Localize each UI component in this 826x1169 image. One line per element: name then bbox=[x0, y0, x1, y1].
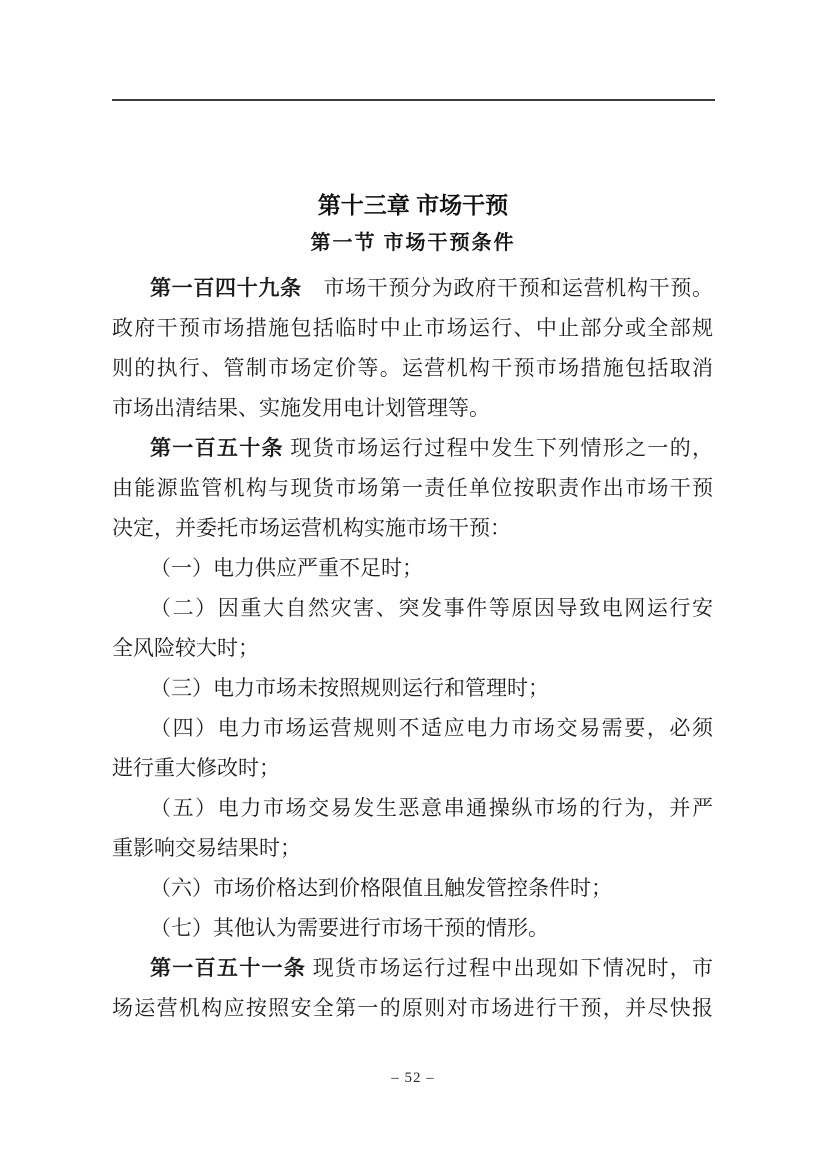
text-line: 第一百四十九条 市场干预分为政府干预和运营机构干预。 bbox=[112, 268, 713, 308]
text-segment: 重影响交易结果时； bbox=[112, 836, 301, 860]
text-line: 由能源监管机构与现货市场第一责任单位按职责作出市场干预 bbox=[112, 468, 713, 508]
text-segment: 现货市场运行过程中出现如下情况时，市 bbox=[306, 956, 713, 980]
section-title: 第一节 市场干预条件 bbox=[0, 228, 826, 258]
article-149: 第一百四十九条 市场干预分为政府干预和运营机构干预。政府干预市场措施包括临时中止… bbox=[112, 268, 713, 428]
item-5: （五）电力市场交易发生恶意串通操纵市场的行为，并严重影响交易结果时； bbox=[112, 788, 713, 868]
item-4: （四）电力市场运营规则不适应电力市场交易需要，必须进行重大修改时； bbox=[112, 708, 713, 788]
text-segment: （六）市场价格达到价格限值且触发管控条件时； bbox=[150, 876, 612, 900]
text-segment: （四）电力市场运营规则不适应电力市场交易需要，必须 bbox=[150, 716, 713, 740]
article-number: 第一百五十一条 bbox=[150, 956, 306, 980]
item-7: （七）其他认为需要进行市场干预的情形。 bbox=[112, 908, 713, 948]
text-line: 重影响交易结果时； bbox=[112, 828, 713, 868]
text-segment: 场运营机构应按照安全第一的原则对市场进行干预，并尽快报 bbox=[112, 996, 713, 1020]
text-line: （四）电力市场运营规则不适应电力市场交易需要，必须 bbox=[112, 708, 713, 748]
chapter-title: 第十三章 市场干预 bbox=[0, 190, 826, 220]
text-line: （五）电力市场交易发生恶意串通操纵市场的行为，并严 bbox=[112, 788, 713, 828]
text-segment: （一）电力供应严重不足时； bbox=[150, 556, 423, 580]
document-page: 第十三章 市场干预 第一节 市场干预条件 第一百四十九条 市场干预分为政府干预和… bbox=[0, 0, 826, 1169]
item-1: （一）电力供应严重不足时； bbox=[112, 548, 713, 588]
text-line: （三）电力市场未按照规则运行和管理时； bbox=[112, 668, 713, 708]
document-body: 第一百四十九条 市场干预分为政府干预和运营机构干预。政府干预市场措施包括临时中止… bbox=[112, 268, 713, 1028]
text-line: 则的执行、管制市场定价等。运营机构干预市场措施包括取消 bbox=[112, 348, 713, 388]
text-line: （一）电力供应严重不足时； bbox=[112, 548, 713, 588]
item-2: （二）因重大自然灾害、突发事件等原因导致电网运行安全风险较大时； bbox=[112, 588, 713, 668]
text-segment: （二）因重大自然灾害、突发事件等原因导致电网运行安 bbox=[150, 596, 713, 620]
article-150: 第一百五十条 现货市场运行过程中发生下列情形之一的，由能源监管机构与现货市场第一… bbox=[112, 428, 713, 548]
text-line: 第一百五十一条 现货市场运行过程中出现如下情况时，市 bbox=[112, 948, 713, 988]
text-line: （二）因重大自然灾害、突发事件等原因导致电网运行安 bbox=[112, 588, 713, 628]
article-number: 第一百四十九条 bbox=[150, 276, 302, 300]
text-line: （七）其他认为需要进行市场干预的情形。 bbox=[112, 908, 713, 948]
text-segment: 市场出清结果、实施发用电计划管理等。 bbox=[112, 396, 490, 420]
text-segment: 市场干预分为政府干预和运营机构干预。 bbox=[302, 276, 713, 300]
text-segment: 政府干预市场措施包括临时中止市场运行、中止部分或全部规 bbox=[112, 316, 713, 340]
header-rule bbox=[112, 99, 715, 101]
text-segment: 全风险较大时； bbox=[112, 636, 259, 660]
text-line: 场运营机构应按照安全第一的原则对市场进行干预，并尽快报 bbox=[112, 988, 713, 1028]
text-segment: 由能源监管机构与现货市场第一责任单位按职责作出市场干预 bbox=[112, 476, 713, 500]
text-line: 进行重大修改时； bbox=[112, 748, 713, 788]
text-segment: （三）电力市场未按照规则运行和管理时； bbox=[150, 676, 549, 700]
text-line: （六）市场价格达到价格限值且触发管控条件时； bbox=[112, 868, 713, 908]
page-number: – 52 – bbox=[0, 1070, 826, 1087]
text-segment: 现货市场运行过程中发生下列情形之一的， bbox=[284, 436, 713, 460]
text-line: 第一百五十条 现货市场运行过程中发生下列情形之一的， bbox=[112, 428, 713, 468]
text-segment: 进行重大修改时； bbox=[112, 756, 280, 780]
text-segment: （五）电力市场交易发生恶意串通操纵市场的行为，并严 bbox=[150, 796, 713, 820]
text-segment: 则的执行、管制市场定价等。运营机构干预市场措施包括取消 bbox=[112, 356, 713, 380]
text-line: 决定，并委托市场运营机构实施市场干预： bbox=[112, 508, 713, 548]
article-151: 第一百五十一条 现货市场运行过程中出现如下情况时，市场运营机构应按照安全第一的原… bbox=[112, 948, 713, 1028]
item-3: （三）电力市场未按照规则运行和管理时； bbox=[112, 668, 713, 708]
text-segment: （七）其他认为需要进行市场干预的情形。 bbox=[150, 916, 549, 940]
text-line: 全风险较大时； bbox=[112, 628, 713, 668]
item-6: （六）市场价格达到价格限值且触发管控条件时； bbox=[112, 868, 713, 908]
text-segment: 决定，并委托市场运营机构实施市场干预： bbox=[112, 516, 511, 540]
text-line: 政府干预市场措施包括临时中止市场运行、中止部分或全部规 bbox=[112, 308, 713, 348]
article-number: 第一百五十条 bbox=[150, 436, 284, 460]
text-line: 市场出清结果、实施发用电计划管理等。 bbox=[112, 388, 713, 428]
